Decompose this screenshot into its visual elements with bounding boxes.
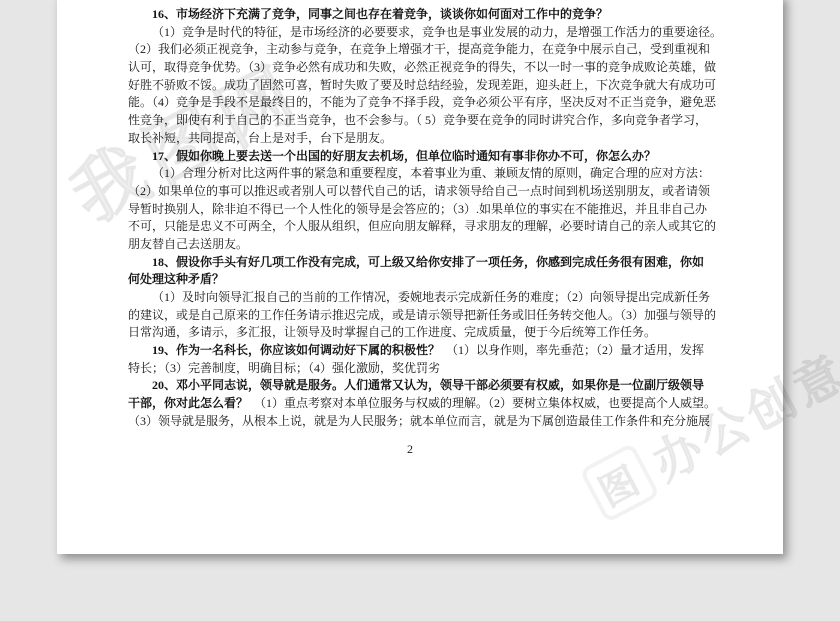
text-segment: 取长补短，共同提高，台上是对手，台下是朋友。	[128, 131, 392, 145]
text-segment-bold: 17、假如你晚上要去送一个出国的好朋友去机场，但单位临时通知有事非你办不可，你怎…	[152, 149, 656, 163]
text-segment: 不可，只能是忠义不可两全，个人服从组织，但应向朋友解释，寻求朋友的理解，必要时请…	[128, 219, 716, 233]
text-segment: （3）领导就是服务，从根本上说，就是为人民服务；就本单位而言，就是为下属创造最佳…	[128, 414, 710, 428]
text-segment: 朋友替自己去送朋友。	[128, 237, 248, 251]
page-number: 2	[57, 442, 763, 457]
text-line: 干部，你对此怎么看？ （1）重点考察对本单位服务与权威的理解。（2）要树立集体权…	[128, 395, 771, 413]
text-segment: 性竞争，即使有利于自己的不正当竞争，也不会参与。（ 5）竞争要在竞争的同时讲究合…	[128, 113, 707, 127]
text-segment: 导暂时换别人，除非迫不得已一个人性化的领导是会答应的；（3）.如果单位的事实在不…	[128, 202, 707, 216]
text-line: 16、市场经济下充满了竞争，同事之间也存在着竞争，谈谈你如何面对工作中的竞争？	[128, 6, 771, 24]
text-line: 认可，取得竞争优势。（3）竞争必然有成功和失败，必然正视竞争的得失，不以一时一事…	[128, 59, 771, 77]
text-line: 20、邓小平同志说，领导就是服务。人们通常又认为，领导干部必须要有权威，如果你是…	[128, 377, 771, 395]
text-segment-bold: 何处理这种矛盾？	[128, 272, 224, 286]
watermark-logo-glyph: 图	[588, 448, 652, 517]
text-segment-bold: 18、假设你手头有好几项工作没有完成，可上级又给你安排了一项任务，你感到完成任务…	[152, 255, 704, 269]
text-segment: 认可，取得竞争优势。（3）竞争必然有成功和失败，必然正视竞争的得失，不以一时一事…	[128, 60, 716, 74]
text-segment: 特长；（3）完善制度，明确目标；（4）强化激励，奖优罚劣	[128, 361, 440, 375]
text-segment-bold: 干部，你对此怎么看？	[128, 396, 248, 410]
text-line: 的建议，或是自己原来的工作任务请示推迟完成，或是请示领导把新任务或旧任务转交他人…	[128, 307, 771, 325]
text-segment-bold: 16、市场经济下充满了竞争，同事之间也存在着竞争，谈谈你如何面对工作中的竞争？	[152, 7, 608, 21]
text-segment: 日常沟通，多请示，多汇报，让领导及时掌握自己的工作进度、完成质量，便于今后统筹工…	[128, 325, 656, 339]
text-line: （2）如果单位的事可以推迟或者别人可以替代自己的话，请求领导给自己一点时间到机场…	[128, 183, 771, 201]
text-segment-bold: 20、邓小平同志说，领导就是服务。人们通常又认为，领导干部必须要有权威，如果你是…	[152, 378, 704, 392]
text-line: 17、假如你晚上要去送一个出国的好朋友去机场，但单位临时通知有事非你办不可，你怎…	[128, 148, 771, 166]
text-segment: （1）及时向领导汇报自己的当前的工作情况，委婉地表示完成新任务的难度；（2）向领…	[152, 290, 710, 304]
text-line: 19、作为一名科长，你应该如何调动好下属的积极性？ （1）以身作则，率先垂范；（…	[128, 342, 771, 360]
text-line: 不可，只能是忠义不可两全，个人服从组织，但应向朋友解释，寻求朋友的理解，必要时请…	[128, 218, 771, 236]
text-segment: （1）以身作则，率先垂范；（2）量才适用，发挥	[440, 343, 704, 357]
text-line: （1）合理分析对比这两件事的紧急和重要程度，本着事业为重、兼顾友情的原则，确定合…	[128, 165, 771, 183]
text-segment: （2）如果单位的事可以推迟或者别人可以替代自己的话，请求领导给自己一点时间到机场…	[128, 184, 710, 198]
text-line: 性竞争，即使有利于自己的不正当竞争，也不会参与。（ 5）竞争要在竞争的同时讲究合…	[128, 112, 771, 130]
text-segment-bold: 19、作为一名科长，你应该如何调动好下属的积极性？	[152, 343, 440, 357]
text-segment: （1）合理分析对比这两件事的紧急和重要程度，本着事业为重、兼顾友情的原则，确定合…	[152, 166, 710, 180]
text-line: 能。（4）竞争是手段不是最终目的，不能为了竞争不择手段，竞争必须公平有序，坚决反…	[128, 94, 771, 112]
text-line: 导暂时换别人，除非迫不得已一个人性化的领导是会答应的；（3）.如果单位的事实在不…	[128, 201, 771, 219]
text-segment: （1）重点考察对本单位服务与权威的理解。（2）要树立集体权威，也要提高个人威望。	[248, 396, 716, 410]
text-line: （1）及时向领导汇报自己的当前的工作情况，委婉地表示完成新任务的难度；（2）向领…	[128, 289, 771, 307]
text-line: 特长；（3）完善制度，明确目标；（4）强化激励，奖优罚劣	[128, 360, 771, 378]
text-line: 何处理这种矛盾？	[128, 271, 771, 289]
text-line: 取长补短，共同提高，台上是对手，台下是朋友。	[128, 130, 771, 148]
document-text: 16、市场经济下充满了竞争，同事之间也存在着竞争，谈谈你如何面对工作中的竞争？（…	[128, 6, 771, 431]
text-line: （1）竞争是时代的特征，是市场经济的必要要求，竞争也是事业发展的动力，是增强工作…	[128, 24, 771, 42]
text-line: （2）我们必须正视竞争，主动参与竞争，在竞争上增强才干，提高竞争能力，在竞争中展…	[128, 41, 771, 59]
text-segment: （2）我们必须正视竞争，主动参与竞争，在竞争上增强才干，提高竞争能力，在竞争中展…	[128, 42, 710, 56]
text-line: （3）领导就是服务，从根本上说，就是为人民服务；就本单位而言，就是为下属创造最佳…	[128, 413, 771, 431]
text-segment: 好胜不骄败不馁。成功了固然可喜，暂时失败了要及时总结经验，发现差距，迎头赶上，下…	[128, 78, 716, 92]
text-segment: 能。（4）竞争是手段不是最终目的，不能为了竞争不择手段，竞争必须公平有序，坚决反…	[128, 95, 716, 109]
text-segment: 的建议，或是自己原来的工作任务请示推迟完成，或是请示领导把新任务或旧任务转交他人…	[128, 308, 716, 322]
text-line: 日常沟通，多请示，多汇报，让领导及时掌握自己的工作进度、完成质量，便于今后统筹工…	[128, 324, 771, 342]
screenshot-root: { "page": { "background_color": "#e6e6e6…	[0, 0, 840, 621]
document-page: 我图网 图 办公创意 16、市场经济下充满了竞争，同事之间也存在着竞争，谈谈你如…	[57, 0, 783, 554]
text-line: 好胜不骄败不馁。成功了固然可喜，暂时失败了要及时总结经验，发现差距，迎头赶上，下…	[128, 77, 771, 95]
text-line: 18、假设你手头有好几项工作没有完成，可上级又给你安排了一项任务，你感到完成任务…	[128, 254, 771, 272]
text-segment: （1）竞争是时代的特征，是市场经济的必要要求，竞争也是事业发展的动力，是增强工作…	[152, 25, 722, 39]
text-line: 朋友替自己去送朋友。	[128, 236, 771, 254]
